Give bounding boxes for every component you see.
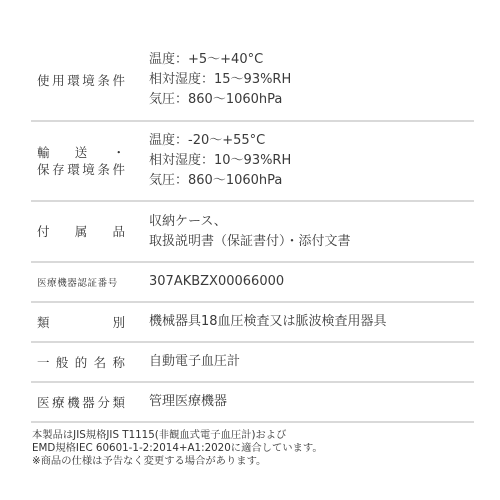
label-char: 輸 (37, 144, 50, 161)
value-line: 相対湿度：10〜93%RH (149, 151, 474, 171)
label-char: 類 (112, 394, 125, 411)
label-char: 条 (97, 72, 110, 89)
note-line: EMD規格IEC 60601-1-2:2014+A1:2020に適合しています。 (32, 442, 472, 455)
justified-label: 類 別 (37, 314, 125, 331)
value-line: 取扱説明書（保証書付）・添付文書 (149, 232, 474, 252)
compliance-note: 本製品はJIS規格JIS T1115(非観血式電子血圧計)および EMD規格IE… (32, 429, 472, 468)
value-line: 307AKBZX00066000 (149, 272, 474, 292)
justified-label-line1: 輸 送 ・ (37, 144, 125, 161)
label-char: 件 (112, 161, 125, 178)
row-label: 輸 送 ・ 保 存 環 境 条 件 (37, 122, 125, 200)
value-line: 気圧：860〜1060hPa (149, 171, 474, 191)
row-value: 307AKBZX00066000 (149, 263, 474, 301)
label-char: 環 (67, 161, 80, 178)
label-text: 医療機器認証番号 (37, 275, 125, 289)
label-char: 別 (112, 314, 125, 331)
justified-label: 使 用 環 境 条 件 (37, 72, 125, 89)
label-char: 条 (97, 161, 110, 178)
label-char: 送 (75, 144, 88, 161)
spec-row-certification-number: 医療機器認証番号 307AKBZX00066000 (31, 263, 474, 303)
row-label: 付 属 品 (37, 202, 125, 261)
label-char: 付 (37, 223, 50, 240)
value-line: 相対湿度：15〜93%RH (149, 70, 474, 90)
label-char: 属 (75, 223, 88, 240)
label-char: 機 (67, 394, 80, 411)
label-char: 療 (52, 394, 65, 411)
value-line: 温度：-20〜+55°C (149, 131, 474, 151)
row-value: 機械器具18血圧検査又は脈波検査用器具 (149, 303, 474, 341)
spec-row-usage-environment: 使 用 環 境 条 件 温度：+5〜+40°C 相対湿度：15〜93%RH 気圧… (31, 40, 474, 122)
spec-row-accessories: 付 属 品 収納ケース、 取扱説明書（保証書付）・添付文書 (31, 202, 474, 263)
label-char: 名 (94, 354, 107, 371)
row-label: 一 般 的 名 称 (37, 343, 125, 381)
spec-row-device-class: 医 療 機 器 分 類 管理医療機器 (31, 383, 474, 423)
spec-row-transport-storage: 輸 送 ・ 保 存 環 境 条 件 温度：-20〜+55°C 相対湿度：10〜9… (31, 122, 474, 202)
label-char: ・ (112, 144, 125, 161)
label-char: 境 (82, 161, 95, 178)
label-char: 類 (37, 314, 50, 331)
value-line: 自動電子血圧計 (149, 352, 474, 372)
value-line: 機械器具18血圧検査又は脈波検査用器具 (149, 312, 474, 332)
value-line: 気圧：860〜1060hPa (149, 90, 474, 110)
label-char: 用 (52, 72, 65, 89)
label-char: 医 (37, 394, 50, 411)
justified-label-line2: 保 存 環 境 条 件 (37, 161, 125, 178)
label-char: 保 (37, 161, 50, 178)
row-value: 温度：+5〜+40°C 相対湿度：15〜93%RH 気圧：860〜1060hPa (149, 40, 474, 120)
row-label: 医療機器認証番号 (37, 263, 125, 301)
label-char: 般 (56, 354, 69, 371)
justified-label: 一 般 的 名 称 (37, 354, 125, 371)
row-value: 温度：-20〜+55°C 相対湿度：10〜93%RH 気圧：860〜1060hP… (149, 122, 474, 200)
row-label: 使 用 環 境 条 件 (37, 40, 125, 120)
label-char: 称 (112, 354, 125, 371)
row-value: 管理医療機器 (149, 383, 474, 421)
label-char: 品 (112, 223, 125, 240)
spec-sheet: 使 用 環 境 条 件 温度：+5〜+40°C 相対湿度：15〜93%RH 気圧… (0, 0, 500, 500)
row-label: 類 別 (37, 303, 125, 341)
value-line: 収納ケース、 (149, 212, 474, 232)
value-line: 管理医療機器 (149, 392, 474, 412)
label-char: 分 (97, 394, 110, 411)
note-line: 本製品はJIS規格JIS T1115(非観血式電子血圧計)および (32, 429, 472, 442)
label-char: 的 (75, 354, 88, 371)
label-char: 環 (67, 72, 80, 89)
label-char: 件 (112, 72, 125, 89)
label-char: 器 (82, 394, 95, 411)
row-value: 自動電子血圧計 (149, 343, 474, 381)
note-line: ※商品の仕様は予告なく変更する場合があります。 (32, 455, 472, 468)
justified-label: 付 属 品 (37, 223, 125, 240)
label-char: 存 (52, 161, 65, 178)
label-char: 境 (82, 72, 95, 89)
row-value: 収納ケース、 取扱説明書（保証書付）・添付文書 (149, 202, 474, 261)
justified-label: 医 療 機 器 分 類 (37, 394, 125, 411)
label-char: 使 (37, 72, 50, 89)
spec-row-general-name: 一 般 的 名 称 自動電子血圧計 (31, 343, 474, 383)
label-char: 一 (37, 354, 50, 371)
row-label: 医 療 機 器 分 類 (37, 383, 125, 421)
value-line: 温度：+5〜+40°C (149, 50, 474, 70)
spec-row-classification: 類 別 機械器具18血圧検査又は脈波検査用器具 (31, 303, 474, 343)
